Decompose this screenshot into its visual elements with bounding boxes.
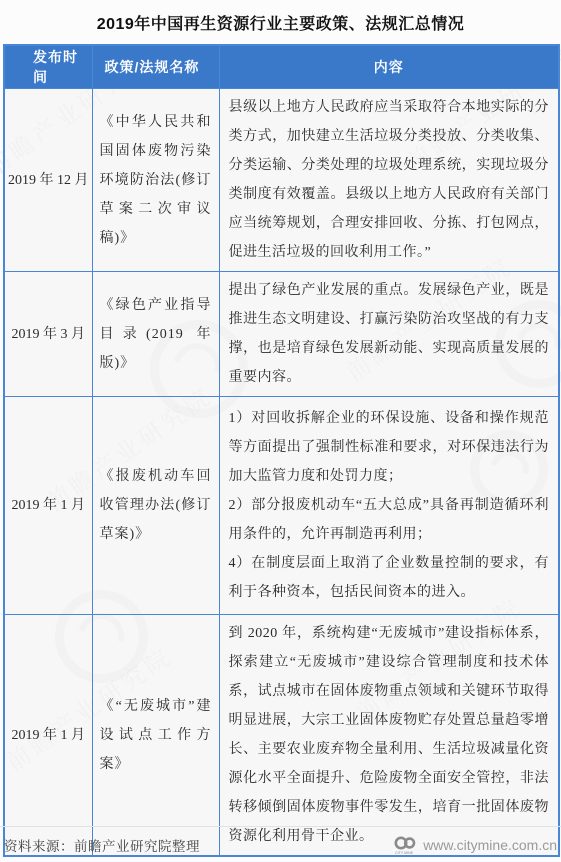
- policy-cell: 《报废机动车回收管理办法(修订草案)》: [92, 397, 219, 615]
- report-page: 前瞻产业研究院 前瞻产业研究院 前瞻产业研究院 前瞻产业研究院 前瞻产业研究院 …: [0, 0, 561, 862]
- col-header-policy-name: 政策/法规名称: [92, 45, 219, 89]
- col-header-content: 内容: [219, 45, 559, 89]
- date-cell: 2019 年 1 月: [4, 615, 92, 857]
- table-row: 2019 年 12 月 《中华人民共和国固体废物污染环境防治法(修订草案二次审议…: [4, 89, 559, 272]
- date-cell: 2019 年 1 月: [4, 397, 92, 615]
- content-cell: 县级以上地方人民政府应当采取符合本地实际的分类方式，加快建立生活垃圾分类投放、分…: [219, 89, 559, 272]
- date-cell: 2019 年 12 月: [4, 89, 92, 272]
- content-cell: 提出了绿色产业发展的重点。发展绿色产业，既是推进生态文明建设、打赢污染防治攻坚战…: [219, 272, 559, 397]
- policy-cell: 《中华人民共和国固体废物污染环境防治法(修订草案二次审议稿)》: [92, 89, 219, 272]
- table-header-row: 发布时间 政策/法规名称 内容: [4, 45, 559, 89]
- footer: 资料来源：前瞻产业研究院整理 CITY MINE www.citymine.co…: [0, 826, 561, 855]
- table-row: 2019 年 1 月 《“无废城市”建设试点工作方案》 到 2020 年，系统构…: [4, 615, 559, 857]
- page-title: 2019年中国再生资源行业主要政策、法规汇总情况: [0, 0, 561, 44]
- date-cell: 2019 年 3 月: [4, 272, 92, 397]
- table-row: 2019 年 3 月 《绿色产业指导目录(2019 年版)》 提出了绿色产业发展…: [4, 272, 559, 397]
- policy-cell: 《“无废城市”建设试点工作方案》: [92, 615, 219, 857]
- policy-cell: 《绿色产业指导目录(2019 年版)》: [92, 272, 219, 397]
- col-header-publish-date: 发布时间: [4, 45, 92, 89]
- content-cell: 到 2020 年，系统构建“无废城市”建设指标体系，探索建立“无废城市”建设综合…: [219, 615, 559, 857]
- site-url: www.citymine.com.cn: [423, 837, 557, 853]
- table-row: 2019 年 1 月 《报废机动车回收管理办法(修订草案)》 1）对回收拆解企业…: [4, 397, 559, 615]
- svg-text:CITY MINE: CITY MINE: [395, 851, 414, 855]
- site-credit: CITY MINE www.citymine.com.cn: [392, 835, 557, 855]
- policy-table: 发布时间 政策/法规名称 内容 2019 年 12 月 《中华人民共和国固体废物…: [3, 44, 560, 857]
- content-cell: 1）对回收拆解企业的环保设施、设备和操作规范等方面提出了强制性标准和要求，对环保…: [219, 397, 559, 615]
- citymine-logo-icon: CITY MINE: [392, 835, 418, 855]
- source-note: 资料来源：前瞻产业研究院整理: [4, 835, 200, 855]
